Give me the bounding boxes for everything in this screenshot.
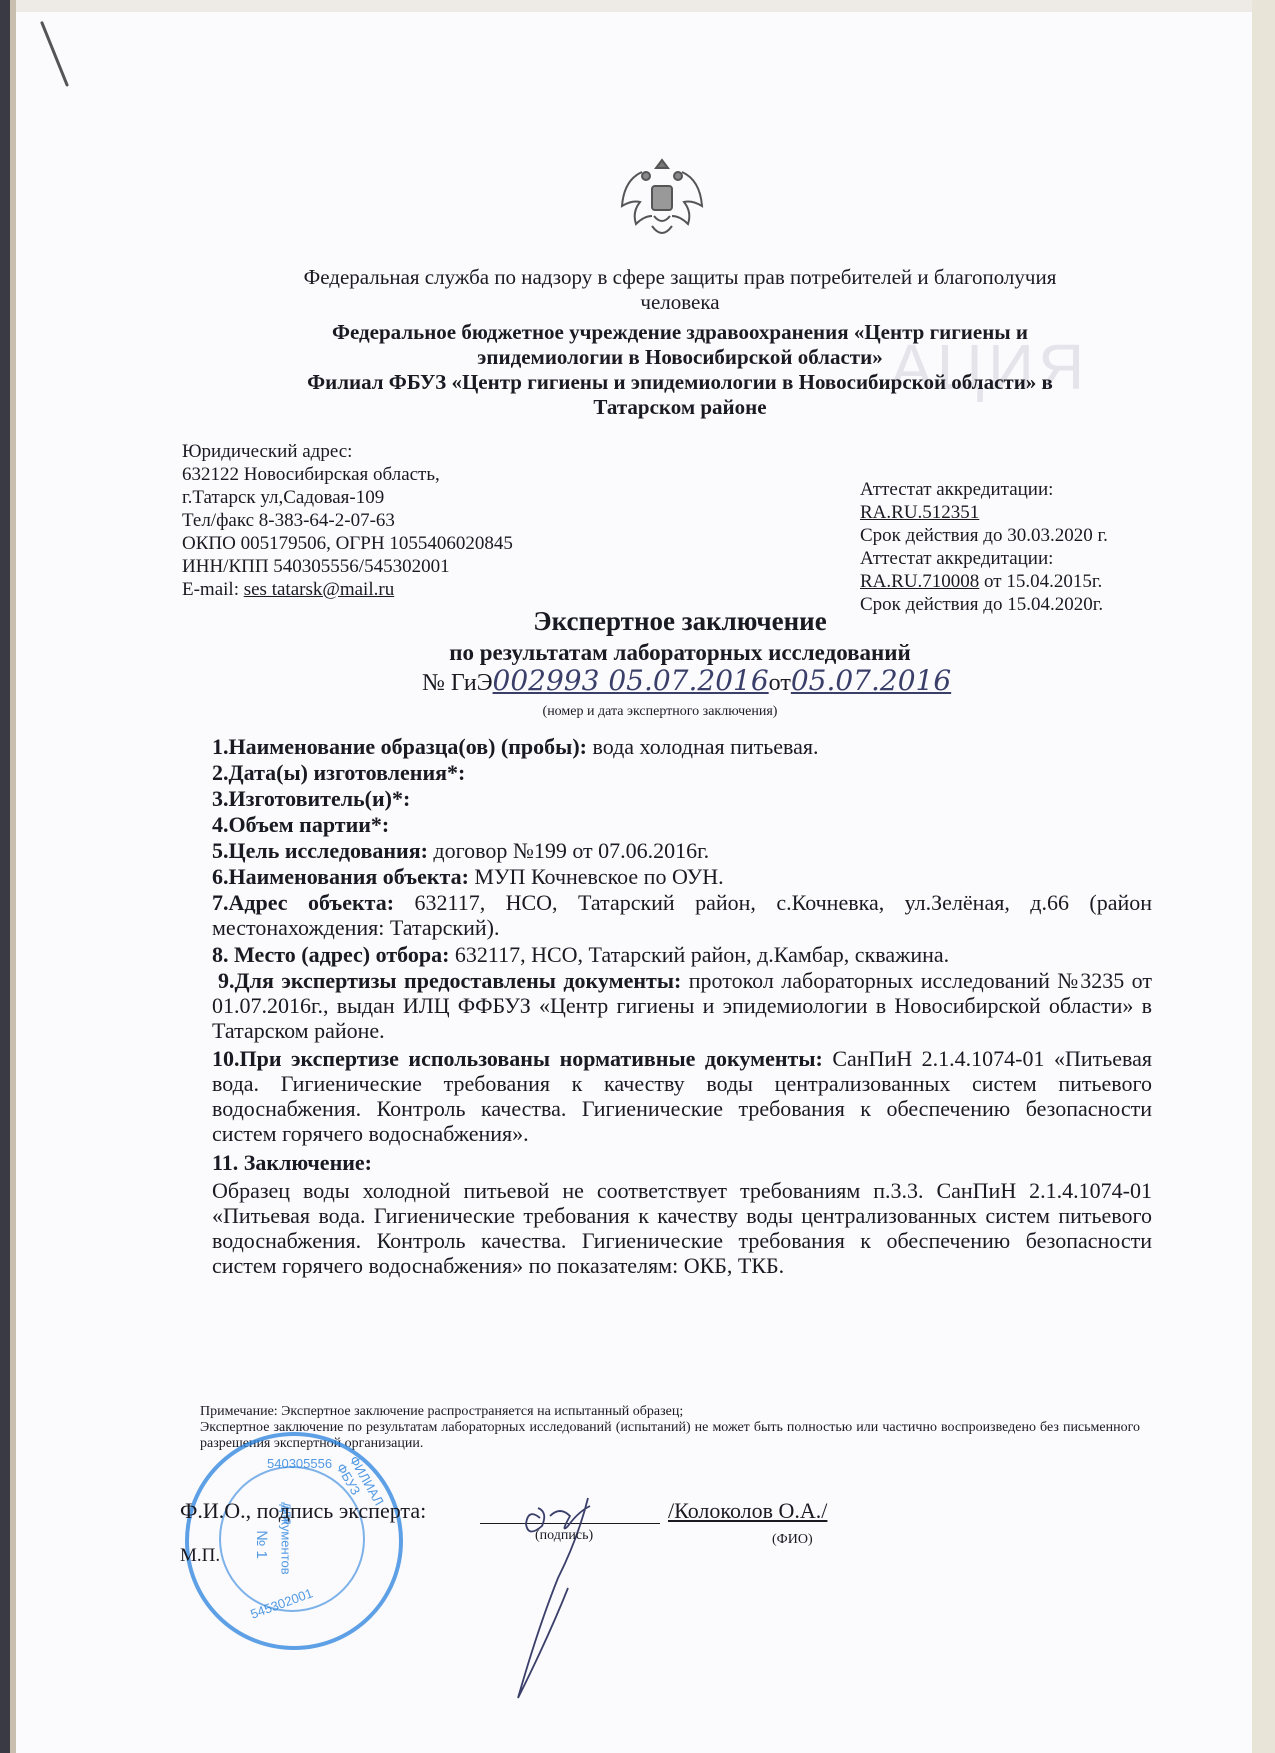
conclusion-text: Образец воды холодной питьевой не соотве… <box>212 1178 1152 1278</box>
document-date-handwritten: 05.07.2016 <box>791 664 951 697</box>
branch-line-1: Филиал ФБУЗ «Центр гигиены и эпидемиолог… <box>200 370 1160 395</box>
email-line: E-mail: ses tatarsk@mail.ru <box>182 578 662 601</box>
section-2: 2.Дата(ы) изготовления*: <box>212 760 1152 785</box>
section-7: 7.Адрес объекта: 632117, НСО, Татарский … <box>212 890 1152 940</box>
okpo-ogrn: ОКПО 005179506, ОГРН 1055406020845 <box>182 532 662 555</box>
document-number-line: № ГиЭ002993 05.07.2016от05.07.2016 <box>422 664 1022 700</box>
official-stamp: 545302001 540305556 ФИЛИАЛ ФБУЗ для доку… <box>185 1432 403 1650</box>
accreditation-block: Аттестат аккредитации: RA.RU.512351 Срок… <box>860 478 1180 616</box>
stamp-inn: 540305556 <box>267 1456 332 1471</box>
expert-name: /Колоколов О.А./ <box>668 1498 827 1524</box>
section-8: 8. Место (адрес) отбора: 632117, НСО, Та… <box>212 942 1152 967</box>
accreditation-number-1: RA.RU.512351 <box>860 502 979 523</box>
section-value: договор №199 от 07.06.2016г. <box>428 838 709 863</box>
name-caption: (ФИО) <box>772 1532 813 1548</box>
contacts-block: Юридический адрес: 632122 Новосибирская … <box>182 440 662 601</box>
scan-left-edge <box>0 0 10 1753</box>
inn-kpp: ИНН/КПП 540305556/545302001 <box>182 555 662 578</box>
accreditation-validity-1: Срок действия до 30.03.2020 г. <box>860 524 1180 547</box>
section-label: 7.Адрес объекта: <box>212 890 394 915</box>
accreditation-label-1: Аттестат аккредитации: <box>860 478 1180 501</box>
accreditation-number-line-1: RA.RU.512351 <box>860 501 1180 524</box>
legal-address-label: Юридический адрес: <box>182 440 662 463</box>
section-label: 4.Объем партии*: <box>212 812 389 837</box>
agency-line-2: человека <box>200 290 1160 315</box>
branch-line-2: Татарском районе <box>200 395 1160 420</box>
email-label: E-mail: <box>182 579 244 600</box>
number-caption: (номер и дата экспертного заключения) <box>480 704 840 720</box>
section-label: 11. Заключение: <box>212 1150 372 1175</box>
address-line-2: г.Татарск ул,Садовая-109 <box>182 486 662 509</box>
date-prefix: от <box>769 670 791 696</box>
address-line-1: 632122 Новосибирская область, <box>182 463 662 486</box>
accreditation-suffix-2: от 15.04.2015г. <box>979 571 1102 592</box>
section-label: 9.Для экспертизы предоставлены документы… <box>218 968 681 993</box>
seal-label: М.П. <box>180 1545 220 1567</box>
section-9: 9.Для экспертизы предоставлены документы… <box>212 968 1152 1043</box>
email-link[interactable]: ses tatarsk@mail.ru <box>244 579 394 600</box>
signature-label: Ф.И.О., подпись эксперта: <box>180 1498 426 1524</box>
note-line-1: Примечание: Экспертное заключение распро… <box>200 1404 1140 1420</box>
section-label: 10.При экспертизе использованы нормативн… <box>212 1046 823 1071</box>
section-label: 3.Изготовитель(и)*: <box>212 786 410 811</box>
section-4: 4.Объем партии*: <box>212 812 1152 837</box>
accreditation-number-line-2: RA.RU.710008 от 15.04.2015г. <box>860 570 1180 593</box>
signature-caption: (подпись) <box>535 1528 593 1544</box>
section-6: 6.Наименования объекта: МУП Кочневское п… <box>212 864 1152 889</box>
section-10: 10.При экспертизе использованы нормативн… <box>212 1046 1152 1146</box>
section-label: 8. Место (адрес) отбора: <box>212 942 449 967</box>
section-value: 632117, НСО, Татарский район, д.Камбар, … <box>449 942 949 967</box>
section-label: 2.Дата(ы) изготовления*: <box>212 760 465 785</box>
section-label: 6.Наименования объекта: <box>212 864 469 889</box>
section-label: 1.Наименование образца(ов) (пробы): <box>212 734 587 759</box>
section-value: вода холодная питьевая. <box>587 734 819 759</box>
agency-name: Федеральная служба по надзору в сфере за… <box>200 265 1160 315</box>
institution-name: Федеральное бюджетное учреждение здравоо… <box>200 320 1160 370</box>
accreditation-number-2: RA.RU.710008 <box>860 571 979 592</box>
branch-name: Филиал ФБУЗ «Центр гигиены и эпидемиолог… <box>200 370 1160 420</box>
section-1: 1.Наименование образца(ов) (пробы): вода… <box>212 734 1152 759</box>
phone: Тел/факс 8-383-64-2-07-63 <box>182 509 662 532</box>
section-value: МУП Кочневское по ОУН. <box>469 864 724 889</box>
handwritten-signature <box>470 1478 670 1708</box>
section-5: 5.Цель исследования: договор №199 от 07.… <box>212 838 1152 863</box>
number-prefix: № ГиЭ <box>422 670 493 696</box>
section-label: 5.Цель исследования: <box>212 838 428 863</box>
section-11: 11. Заключение: <box>212 1150 1152 1175</box>
accreditation-label-2: Аттестат аккредитации: <box>860 547 1180 570</box>
institution-line-2: эпидемиологии в Новосибирской области» <box>200 345 1160 370</box>
document-title: Экспертное заключение <box>380 606 980 636</box>
document-subtitle: по результатам лабораторных исследований <box>330 640 1030 666</box>
document-number-handwritten: 002993 05.07.2016 <box>493 664 769 697</box>
russian-coat-of-arms-icon <box>612 150 712 250</box>
institution-line-1: Федеральное бюджетное учреждение здравоо… <box>200 320 1160 345</box>
agency-line-1: Федеральная служба по надзору в сфере за… <box>200 265 1160 290</box>
section-3: 3.Изготовитель(и)*: <box>212 786 1152 811</box>
stamp-center-line-3: № 1 <box>253 1530 270 1559</box>
